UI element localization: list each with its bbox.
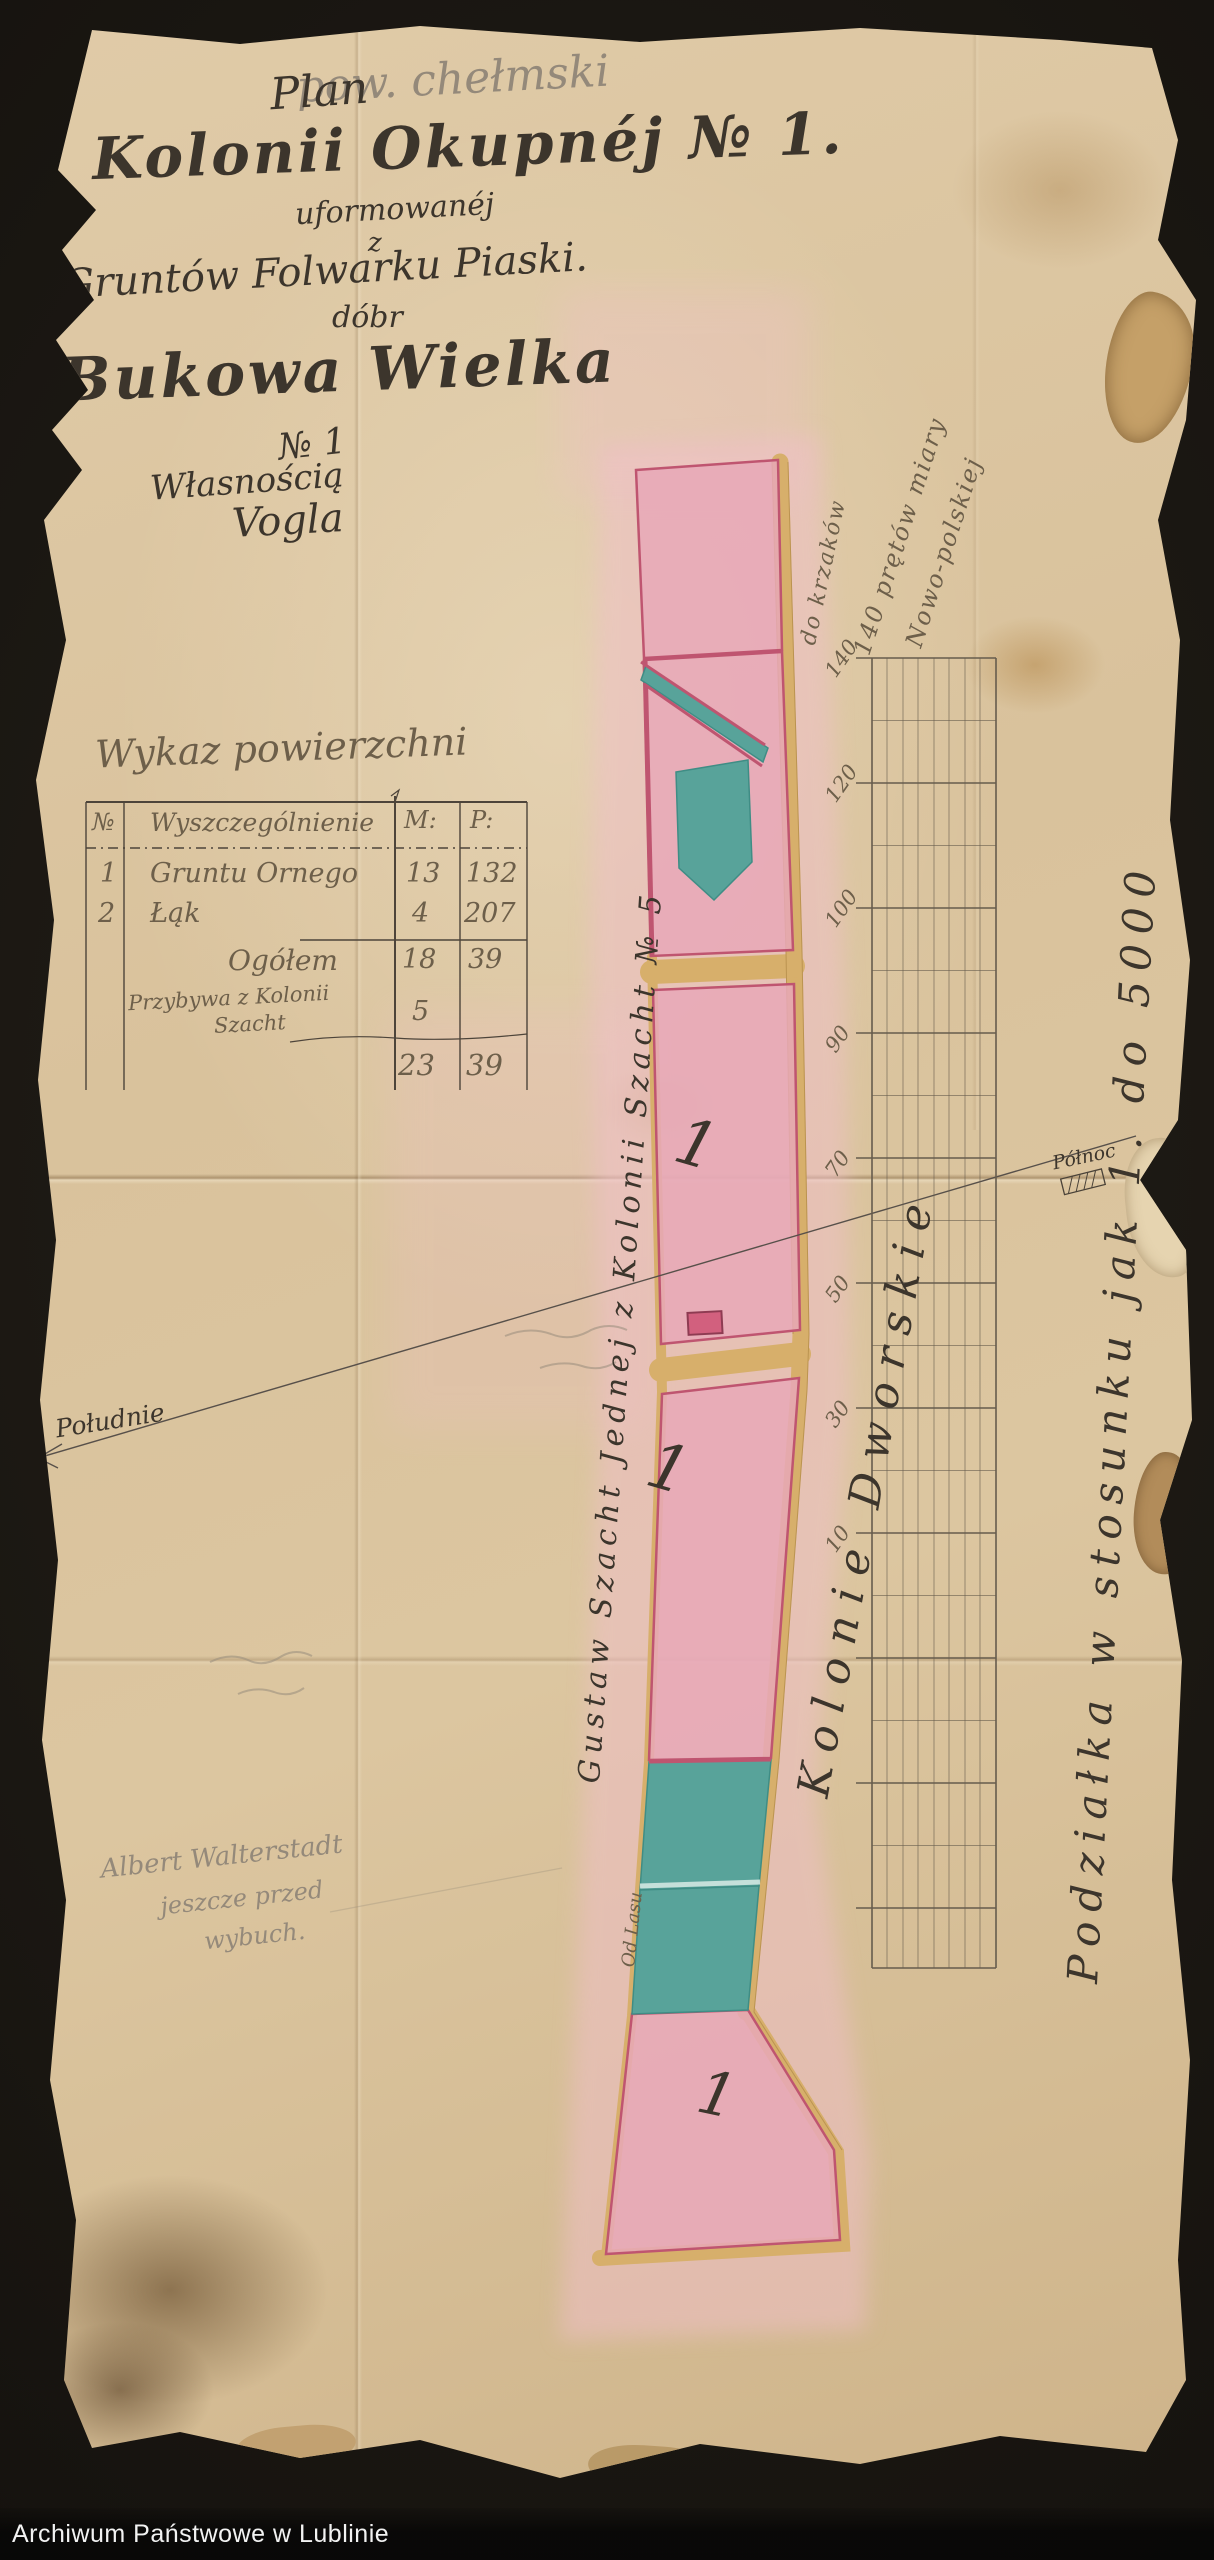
archive-caption-bar: Archiwum Państwowe w Lublinie [0,2508,1214,2560]
row-mg: 13 [406,858,440,889]
row-no: 1 [100,858,117,889]
col-header-name: Wyszczególnienie [150,808,374,837]
row-name: Łąk [150,898,201,929]
row-mg: 5 [412,996,429,1027]
paper-sheet: pow. chełmski Plan Kolonii Okupnéj № 1. … [0,0,1214,2560]
building-footprint [687,1311,722,1335]
col-header-pr: P: [470,806,493,834]
row-mg: 4 [412,898,429,929]
row-pr: 39 [468,944,502,975]
row-name-line2: Szacht [213,1010,286,1038]
col-header-mg: M: [404,806,437,834]
total-pr: 39 [466,1048,503,1082]
title-vogla: Vogla [231,495,345,547]
row-pr: 132 [466,858,518,889]
archive-caption-text: Archiwum Państwowe w Lublinie [12,2520,389,2549]
title-plan: Plan [268,63,370,121]
row-pr: 207 [464,898,516,929]
row-name: Gruntu Ornego [150,858,358,889]
row-name: Ogółem [228,944,338,977]
teal-top-border [649,1760,771,1762]
col-header-no: № [92,808,115,836]
row-mg: 18 [402,944,436,975]
row-no: 2 [98,898,115,929]
title-dobr: dóbr [332,300,403,335]
scanner-background: pow. chełmski Plan Kolonii Okupnéj № 1. … [0,0,1214,2560]
total-mg: 23 [398,1048,435,1082]
